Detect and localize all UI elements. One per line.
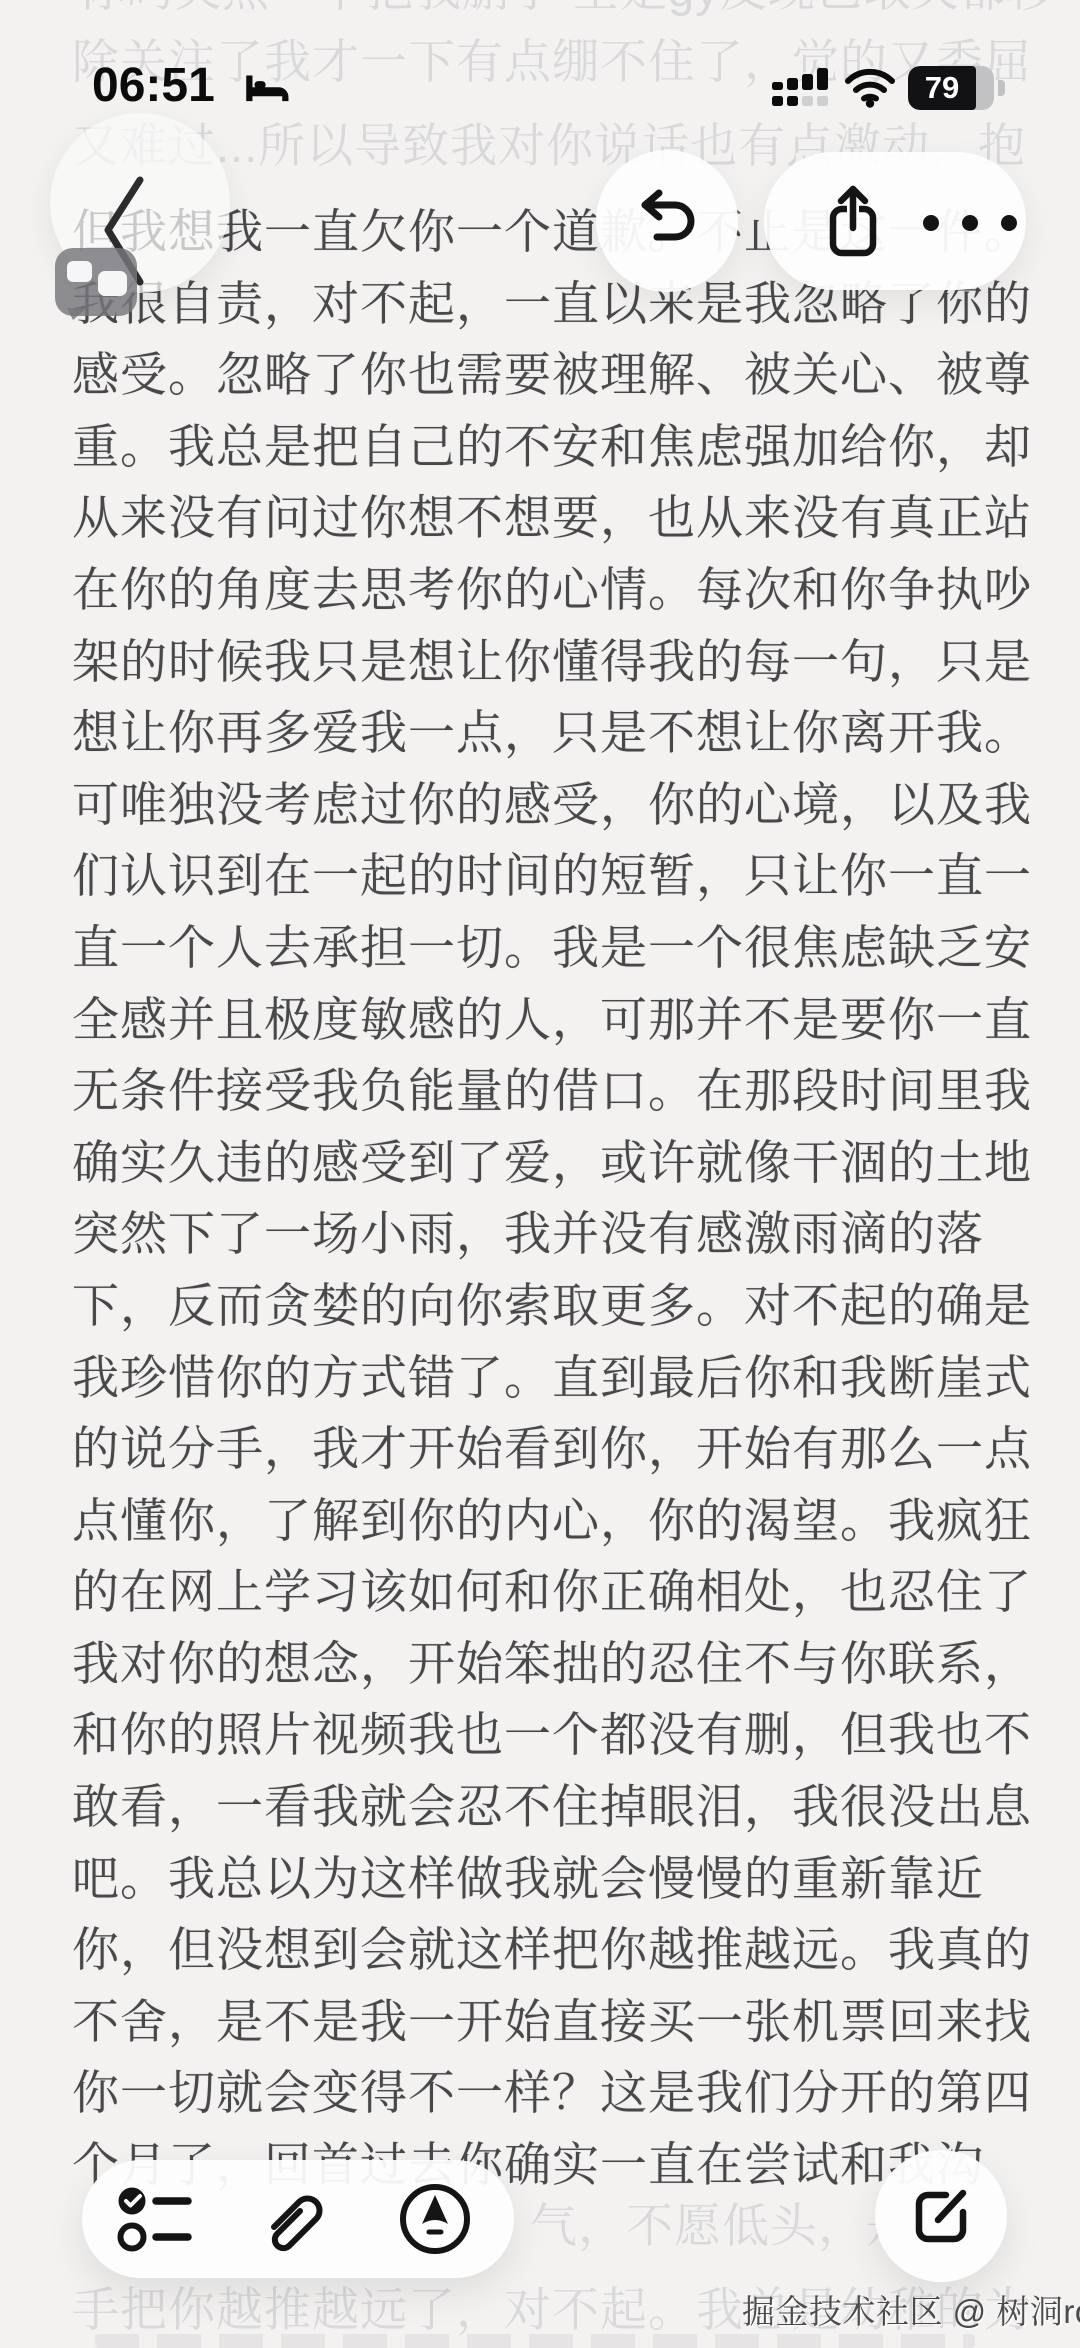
note-text-line: 确实久违的感受到了爱，或许就像干涸的土地 xyxy=(72,1127,1040,1199)
note-text-line: 们认识到在一起的时间的短暂，只让你一直一 xyxy=(72,840,1040,912)
markup-button[interactable] xyxy=(370,2160,500,2278)
note-text-line: 我对你的想念，开始笨拙的忍住不与你联系， xyxy=(72,1628,1040,1700)
note-text-line: 不舍，是不是我一开始直接买一张机票回来找 xyxy=(72,1986,1040,2058)
pen-in-circle-icon xyxy=(396,2180,474,2258)
battery-percent: 79 xyxy=(908,66,976,110)
ellipsis-icon xyxy=(922,214,1018,232)
note-text-line: 你一切就会变得不一样？这是我们分开的第四 xyxy=(72,2057,1040,2129)
note-text-line: 你，但没想到会就这样把你越推越远。我真的 xyxy=(72,1914,1040,1986)
watermark: 掘金技术社区 @ 树洞robot xyxy=(742,2286,1080,2333)
share-button[interactable] xyxy=(820,182,886,262)
note-text-line: 在你的角度去思考你的心情。每次和你争执吵 xyxy=(72,554,1040,626)
ghost-line-bottom-clipped xyxy=(95,2334,975,2348)
note-text-line: 架的时候我只是想让你懂得我的每一句，只是 xyxy=(72,626,1040,698)
more-button[interactable] xyxy=(922,214,1018,232)
battery-nub xyxy=(998,80,1005,96)
ghost-line-top-clipped: 你吗突然一下把我删了 全是gy反现已取关都移 xyxy=(78,0,1056,26)
checklist-icon xyxy=(116,2183,196,2255)
checklist-button[interactable] xyxy=(96,2160,216,2278)
note-text-line: 吧。我总以为这样做我就会慢慢的重新靠近 xyxy=(72,1843,1040,1915)
ghost-line-bottom-1: 气，不愿低头，是 xyxy=(530,2190,914,2262)
attachment-button[interactable] xyxy=(232,2160,352,2278)
share-icon xyxy=(820,182,886,262)
bottom-toolbar xyxy=(82,2160,514,2278)
note-text-line: 和你的照片视频我也一个都没有删，但我也不 xyxy=(72,1699,1040,1771)
bubble-square-icon xyxy=(98,271,127,296)
cellular-signal-icon xyxy=(770,64,832,110)
note-text-line: 突然下了一场小雨，我并没有感激雨滴的落 xyxy=(72,1198,1040,1270)
note-text-line: 感受。忽略了你也需要被理解、被关心、被尊 xyxy=(72,339,1040,411)
note-text-line: 想让你再多爱我一点，只是不想让你离开我。 xyxy=(72,697,1040,769)
floating-comment-bubble-widget[interactable] xyxy=(55,248,137,316)
undo-button[interactable] xyxy=(631,185,703,257)
sleep-focus-bed-icon xyxy=(243,70,291,106)
note-text-line: 的说分手，我才开始看到你，开始有那么一点 xyxy=(72,1413,1040,1485)
status-time: 06:51 xyxy=(92,58,215,113)
compose-button[interactable] xyxy=(875,2150,1007,2282)
note-text-line: 敢看，一看我就会忍不住掉眼泪，我很没出息 xyxy=(72,1771,1040,1843)
note-text-line: 从来没有问过你想不想要，也从来没有真正站 xyxy=(72,482,1040,554)
note-text-line: 我珍惜你的方式错了。直到最后你和我断崖式 xyxy=(72,1342,1040,1414)
note-text-line: 无条件接受我负能量的借口。在那段时间里我 xyxy=(72,1055,1040,1127)
note-body[interactable]: 但我想我一直欠你一个道歉。不止是这一件。我很自责，对不起，一直以来是我忽略了你的… xyxy=(72,196,1040,2201)
undo-arrow-icon xyxy=(631,185,703,257)
note-text-line: 直一个人去承担一切。我是一个很焦虑缺乏安 xyxy=(72,912,1040,984)
note-text-line: 的在网上学习该如何和你正确相处，也忍住了 xyxy=(72,1556,1040,1628)
paperclip-icon xyxy=(254,2181,330,2257)
note-text-line: 全感并且极度敏感的人，可那并不是要你一直 xyxy=(72,984,1040,1056)
battery-indicator: 79 xyxy=(908,66,994,110)
wifi-icon xyxy=(844,68,896,108)
note-text-line: 可唯独没考虑过你的感受，你的心境，以及我 xyxy=(72,769,1040,841)
note-text-line: 重。我总是把自己的不安和焦虑强加给你，却 xyxy=(72,411,1040,483)
note-text-line: 下，反而贪婪的向你索取更多。对不起的确是 xyxy=(72,1270,1040,1342)
note-text-line: 点懂你，了解到你的内心，你的渴望。我疯狂 xyxy=(72,1485,1040,1557)
compose-icon xyxy=(904,2179,978,2253)
bubble-square-icon xyxy=(67,261,92,282)
